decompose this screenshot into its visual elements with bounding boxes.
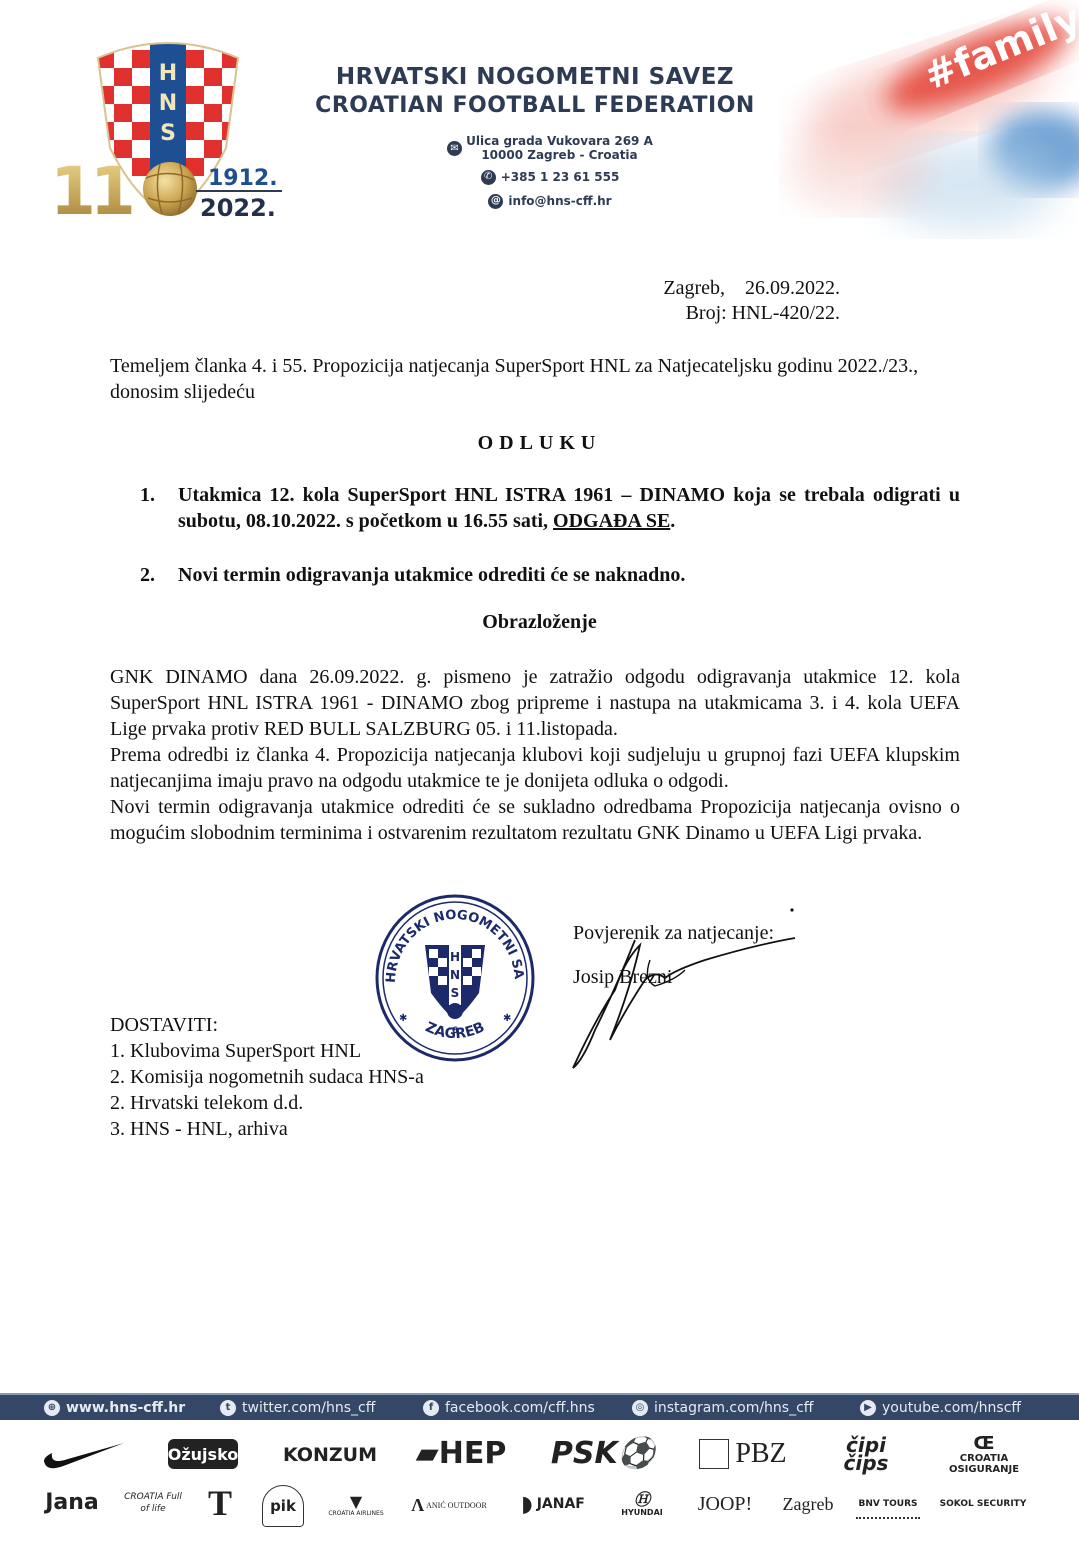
email: @ info@hns-cff.hr	[420, 192, 680, 210]
svg-text:1912.: 1912.	[208, 166, 278, 191]
svg-text:H: H	[159, 61, 177, 86]
decision-item-text: Utakmica 12. kola SuperSport HNL ISTRA 1…	[178, 482, 960, 534]
distribution-item: 2. Komisija nogometnih sudaca HNS-a	[110, 1064, 424, 1090]
sponsor-nike-logo	[42, 1437, 126, 1473]
at-icon: @	[488, 194, 503, 209]
intro-paragraph: Temeljem članka 4. i 55. Propozicija nat…	[110, 353, 960, 405]
address-line-2: 10000 Zagreb - Croatia	[466, 148, 653, 162]
svg-text:11: 11	[50, 153, 132, 228]
youtube-icon: ▶	[860, 1400, 876, 1416]
sponsor-croatia-airlines-logo: ▼CROATIA AIRLINES	[318, 1487, 394, 1523]
sponsor-psk-logo: PSK⚽	[548, 1435, 658, 1471]
phone: ✆ +385 1 23 61 555	[420, 168, 680, 186]
svg-text:2022.: 2022.	[200, 194, 276, 222]
facebook-link[interactable]: f facebook.com/cff.hns	[423, 1400, 595, 1416]
website-link[interactable]: ⊕ www.hns-cff.hr	[44, 1400, 185, 1416]
sponsor-hep-logo: ▰HEP	[414, 1435, 508, 1471]
sponsor-jana-logo: Jana	[44, 1487, 100, 1517]
distribution-list: DOSTAVITI: 1. Klubovima SuperSport HNL 2…	[110, 1012, 424, 1142]
sponsor-anic-outdoor-logo: ΛANIĆ OUTDOOR	[406, 1495, 492, 1515]
handwritten-signature	[555, 900, 815, 1080]
org-name-croatian: HRVATSKI NOGOMETNI SAVEZ	[300, 62, 770, 92]
decision-list: 1. Utakmica 12. kola SuperSport HNL ISTR…	[140, 482, 960, 616]
instagram-link[interactable]: ◎ instagram.com/hns_cff	[632, 1400, 813, 1416]
sponsor-zagreb-logo: Zagreb	[776, 1487, 840, 1521]
sponsor-croatia-full-of-life-logo: CROATIA Full of life	[122, 1485, 184, 1521]
svg-text:N: N	[159, 91, 177, 116]
sponsor-ozujsko-logo: Ožujsko	[168, 1439, 238, 1469]
decision-item: 2. Novi termin odigravanja utakmice odre…	[140, 562, 960, 588]
svg-text:N: N	[450, 968, 460, 982]
reasoning-paragraph: GNK DINAMO dana 26.09.2022. g. pismeno j…	[110, 664, 960, 742]
org-name-english: CROATIAN FOOTBALL FEDERATION	[300, 92, 770, 120]
svg-text:S: S	[451, 986, 460, 1000]
sponsor-telekom-logo: T	[200, 1483, 240, 1523]
decision-item: 1. Utakmica 12. kola SuperSport HNL ISTR…	[140, 482, 960, 534]
sponsor-logos: Ožujsko KONZUM ▰HEP PSK⚽ PBZ čipi čips Œ…	[0, 1425, 1079, 1546]
sponsor-pik-logo: pik	[262, 1485, 304, 1527]
postponed-emphasis: ODGAĐA SE	[553, 510, 670, 532]
sponsor-bnv-tours-logo: BNV TOURS	[856, 1491, 920, 1519]
reasoning-paragraph: Prema odredbi iz članka 4. Propozicija n…	[110, 742, 960, 794]
sponsor-croatia-osiguranje-logo: ŒCROATIA OSIGURANJE	[936, 1431, 1032, 1479]
reasoning-title: Obrazloženje	[0, 611, 1079, 634]
phone-icon: ✆	[481, 170, 496, 185]
instagram-icon: ◎	[632, 1400, 648, 1416]
twitter-link[interactable]: t twitter.com/hns_cff	[220, 1400, 375, 1416]
youtube-link[interactable]: ▶ youtube.com/hnscff	[860, 1400, 1021, 1416]
svg-text:S: S	[160, 121, 176, 146]
reasoning-paragraph: Novi termin odigravanja utakmice odredit…	[110, 794, 960, 846]
facebook-icon: f	[423, 1400, 439, 1416]
reasoning-body: GNK DINAMO dana 26.09.2022. g. pismeno j…	[110, 664, 960, 846]
place-date: Zagreb, 26.09.2022.	[620, 276, 840, 301]
svg-text:H: H	[450, 950, 460, 964]
date-reference-block: Zagreb, 26.09.2022. Broj: HNL-420/22.	[620, 276, 840, 326]
twitter-icon: t	[220, 1400, 236, 1416]
email-address[interactable]: info@hns-cff.hr	[508, 192, 611, 210]
sponsor-pbz-logo: PBZ	[696, 1437, 790, 1471]
hns-110-anniversary-logo: H N S 11 1912. 2022.	[48, 28, 288, 228]
envelope-icon: ✉	[447, 141, 462, 156]
footer-social-bar: ⊕ www.hns-cff.hr t twitter.com/hns_cff f…	[0, 1393, 1079, 1420]
address-line-1: Ulica grada Vukovara 269 A	[466, 134, 653, 148]
decision-item-text: Novi termin odigravanja utakmice odredit…	[178, 562, 960, 588]
sponsor-joop-logo: JOOP!	[690, 1489, 760, 1519]
sponsor-konzum-logo: KONZUM	[280, 1441, 380, 1469]
distribution-item: 3. HNS - HNL, arhiva	[110, 1116, 424, 1142]
family-paint-splash: #family	[779, 0, 1079, 260]
distribution-title: DOSTAVITI:	[110, 1012, 424, 1038]
globe-icon: ⊕	[44, 1400, 60, 1416]
address: ✉ Ulica grada Vukovara 269 A 10000 Zagre…	[420, 134, 680, 162]
sponsor-sokol-security-logo: SOKOL SECURITY	[938, 1493, 1028, 1515]
distribution-item: 1. Klubovima SuperSport HNL	[110, 1038, 424, 1064]
distribution-item: 2. Hrvatski telekom d.d.	[110, 1090, 424, 1116]
decision-title: ODLUKU	[0, 432, 1079, 455]
contact-info: ✉ Ulica grada Vukovara 269 A 10000 Zagre…	[420, 134, 680, 210]
decision-item-number: 2.	[140, 562, 178, 588]
sponsor-janaf-logo: ◗JANAF	[508, 1489, 598, 1519]
phone-number: +385 1 23 61 555	[501, 168, 620, 186]
svg-text:6: 6	[452, 1026, 458, 1036]
sponsor-cipi-cips-logo: čipi čips	[826, 1433, 906, 1475]
svg-text:✱: ✱	[503, 1013, 511, 1024]
reference-number: Broj: HNL-420/22.	[620, 301, 840, 326]
organization-name-block: HRVATSKI NOGOMETNI SAVEZ CROATIAN FOOTBA…	[300, 62, 770, 120]
decision-item-number: 1.	[140, 482, 178, 534]
sponsor-hyundai-logo: ⒽHYUNDAI	[612, 1487, 672, 1521]
